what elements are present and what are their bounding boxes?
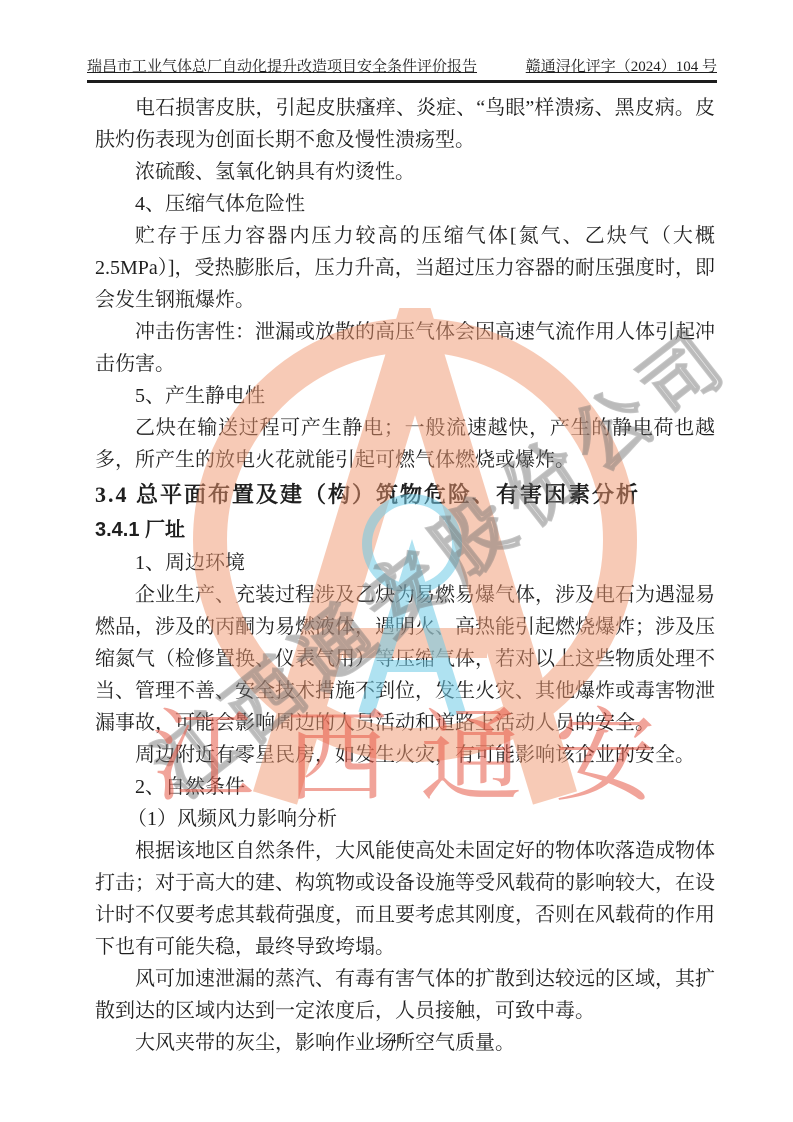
- header-report-title: 瑞昌市工业气体总厂自动化提升改造项目安全条件评价报告: [87, 56, 477, 78]
- paragraph: 冲击伤害性：泄漏或放散的高压气体会因高速气流作用人体引起冲击伤害。: [95, 316, 715, 380]
- paragraph: 贮存于压力容器内压力较高的压缩气体[氮气、乙炔气（大概 2.5MPa）]，受热膨…: [95, 220, 715, 316]
- paragraph: 4、压缩气体危险性: [95, 188, 715, 220]
- page-number: 41: [0, 1032, 793, 1048]
- paragraph: （1）风频风力影响分析: [95, 803, 715, 835]
- paragraph: 5、产生静电性: [95, 380, 715, 412]
- paragraph: 根据该地区自然条件，大风能使高处未固定好的物体吹落造成物体打击；对于高大的建、构…: [95, 835, 715, 963]
- paragraph: 风可加速泄漏的蒸汽、有毒有害气体的扩散到达较远的区域，其扩散到达的区域内达到一定…: [95, 963, 715, 1027]
- paragraph: 2、自然条件: [95, 771, 715, 803]
- paragraph: 电石损害皮肤，引起皮肤瘙痒、炎症、“鸟眼”样溃疡、黑皮病。皮肤灼伤表现为创面长期…: [95, 92, 715, 156]
- section-heading: 3.4 总平面布置及建（构）筑物危险、有害因素分析: [95, 476, 715, 514]
- header-document-number: 赣通浔化评字（2024）104 号: [526, 56, 717, 78]
- page-header: 瑞昌市工业气体总厂自动化提升改造项目安全条件评价报告 赣通浔化评字（2024）1…: [87, 56, 717, 83]
- document-page: 瑞昌市工业气体总厂自动化提升改造项目安全条件评价报告 赣通浔化评字（2024）1…: [0, 0, 793, 1122]
- paragraph: 周边附近有零星民房，如发生火灾，有可能影响该企业的安全。: [95, 739, 715, 771]
- paragraph: 乙炔在输送过程可产生静电；一般流速越快，产生的静电荷也越多，所产生的放电火花就能…: [95, 412, 715, 476]
- section-heading: 3.4.1 厂址: [95, 514, 715, 547]
- paragraph: 企业生产、充装过程涉及乙炔为易燃易爆气体，涉及电石为遇湿易燃品，涉及的丙酮为易燃…: [95, 579, 715, 739]
- paragraph: 浓硫酸、氢氧化钠具有灼烫性。: [95, 156, 715, 188]
- paragraph: 1、周边环境: [95, 547, 715, 579]
- document-body: 电石损害皮肤，引起皮肤瘙痒、炎症、“鸟眼”样溃疡、黑皮病。皮肤灼伤表现为创面长期…: [95, 92, 715, 1059]
